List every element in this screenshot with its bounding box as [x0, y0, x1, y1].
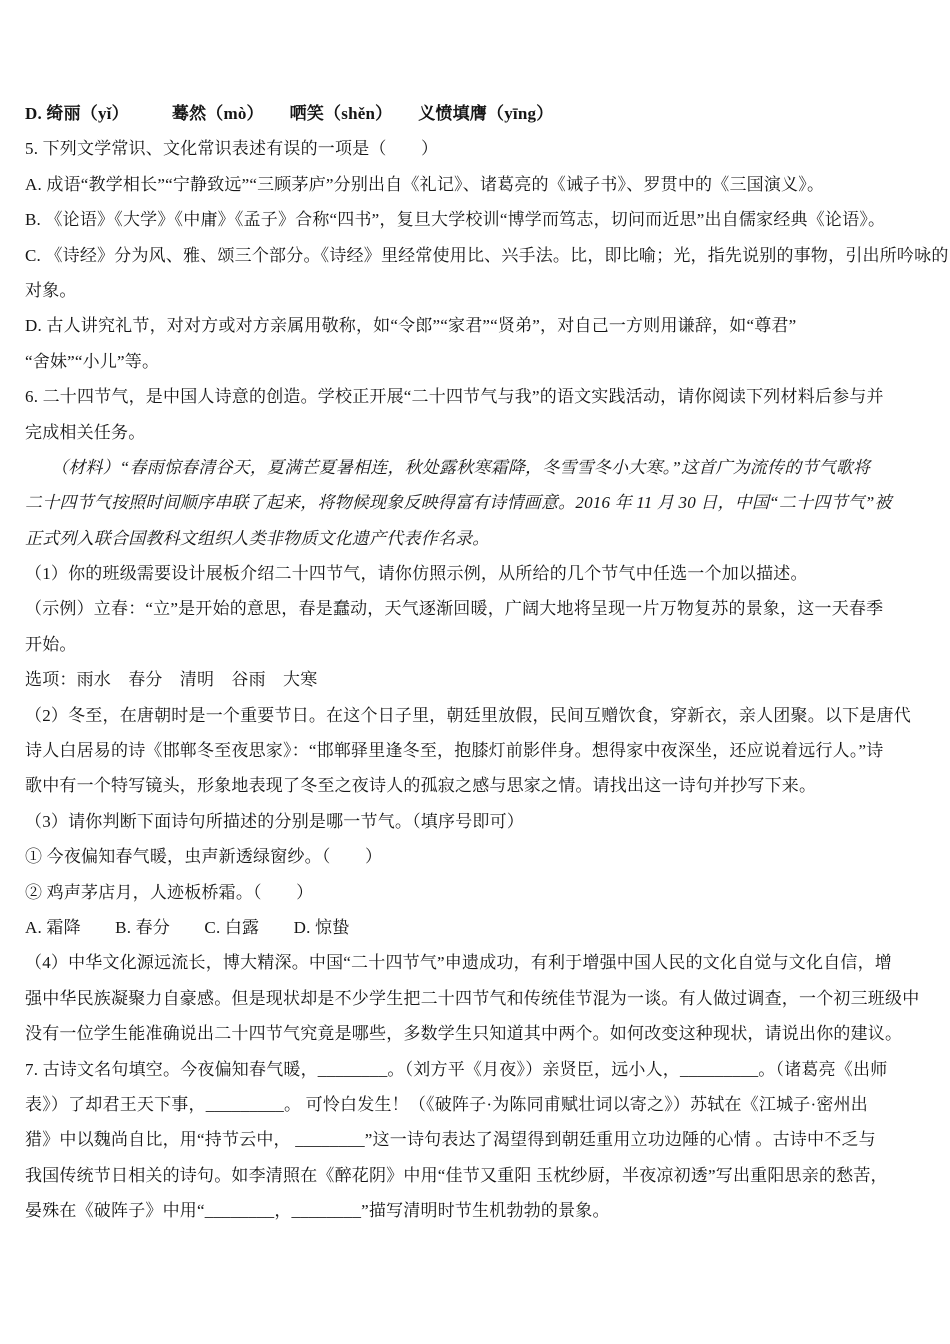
- q6-material-line1: （材料）“春雨惊春清谷天，夏满芒夏暑相连，秋处露秋寒霜降，冬雪雪冬小大寒。”这首…: [25, 450, 936, 485]
- q6-subtask4-line3: 没有一位学生能准确说出二十四节气究竟是哪些，多数学生只知道其中两个。如何改变这种…: [25, 1016, 936, 1051]
- q5-option-d-line2: “舍妹”“小儿”等。: [25, 344, 936, 379]
- q6-subtask1-example-line1: （示例）立春：“立”是开始的意思，春是蠢动，天气逐渐回暖，广阔大地将呈现一片万物…: [25, 591, 936, 626]
- q7-stem-line4: 我国传统节日相关的诗句。如李清照在《醉花阴》中用“佳节又重阳 玉枕纱厨，半夜凉初…: [25, 1158, 936, 1193]
- q6-material-line2: 二十四节气按照时间顺序串联了起来，将物候现象反映得富有诗情画意。2016 年 1…: [25, 485, 936, 520]
- q7-stem-line2: 表》）了却君王天下事，_________。 可怜白发生！（《破阵子·为陈同甫赋壮…: [25, 1087, 936, 1122]
- q6-subtask2-line1: （2）冬至，在唐朝时是一个重要节日。在这个日子里，朝廷里放假，民间互赠饮食，穿新…: [25, 698, 936, 733]
- q7-stem-line1: 7. 古诗文名句填空。今夜偏知春气暖，________。（刘方平《月夜》）亲贤臣…: [25, 1052, 936, 1087]
- q6-subtask4-line1: （4）中华文化源远流长，博大精深。中国“二十四节气”申遗成功，有利于增强中国人民…: [25, 945, 936, 980]
- exam-paper-page: D. 绮丽（yǐ） 蓦然（mò） 哂笑（shěn） 义愤填膺（yīng） 5. …: [0, 0, 950, 1344]
- q6-subtask1-example-line2: 开始。: [25, 627, 936, 662]
- q6-intro-line1: 6. 二十四节气，是中国人诗意的创造。学校正开展“二十四节气与我”的语文实践活动…: [25, 379, 936, 414]
- q6-subtask3-choices: A. 霜降 B. 春分 C. 白露 D. 惊蛰: [25, 910, 936, 945]
- q6-material-line3: 正式列入联合国教科文组织人类非物质文化遗产代表作名录。: [25, 521, 936, 556]
- q7-stem-line5: 晏殊在《破阵子》中用“________，________”描写清明时节生机勃勃的…: [25, 1193, 936, 1228]
- q5-option-c-line1: C. 《诗经》分为风、雅、颂三个部分。《诗经》里经常使用比、兴手法。比，即比喻；…: [25, 238, 936, 273]
- q6-subtask2-line3: 歌中有一个特写镜头，形象地表现了冬至之夜诗人的孤寂之感与思家之情。请找出这一诗句…: [25, 768, 936, 803]
- q5-option-c-line2: 对象。: [25, 273, 936, 308]
- q5-stem: 5. 下列文学常识、文化常识表述有误的一项是（ ）: [25, 131, 936, 166]
- q6-subtask3-item2: ② 鸡声茅店月，人迹板桥霜。（ ）: [25, 875, 936, 910]
- q4-option-d-line: D. 绮丽（yǐ） 蓦然（mò） 哂笑（shěn） 义愤填膺（yīng）: [25, 96, 936, 131]
- q5-option-d-line1: D. 古人讲究礼节，对对方或对方亲属用敬称，如“令郎”“家君”“贤弟”，对自己一…: [25, 308, 936, 343]
- q6-intro-line2: 完成相关任务。: [25, 415, 936, 450]
- q6-subtask1-options: 选项：雨水 春分 清明 谷雨 大寒: [25, 662, 936, 697]
- q6-subtask4-line2: 强中华民族凝聚力自豪感。但是现状却是不少学生把二十四节气和传统佳节混为一谈。有人…: [25, 981, 936, 1016]
- q7-stem-line3: 猎》中以魏尚自比，用“持节云中， ________”这一诗句表达了渴望得到朝廷重…: [25, 1122, 936, 1157]
- q6-subtask2-line2: 诗人白居易的诗《邯郸冬至夜思家》：“邯郸驿里逢冬至，抱膝灯前影伴身。想得家中夜深…: [25, 733, 936, 768]
- q5-option-b: B. 《论语》《大学》《中庸》《孟子》合称“四书”，复旦大学校训“博学而笃志，切…: [25, 202, 936, 237]
- q6-subtask3-item1: ① 今夜偏知春气暖，虫声新透绿窗纱。（ ）: [25, 839, 936, 874]
- q6-subtask3: （3）请你判断下面诗句所描述的分别是哪一节气。（填序号即可）: [25, 804, 936, 839]
- q5-option-a: A. 成语“教学相长”“宁静致远”“三顾茅庐”分别出自《礼记》、诸葛亮的《诫子书…: [25, 167, 936, 202]
- q6-subtask1: （1）你的班级需要设计展板介绍二十四节气，请你仿照示例，从所给的几个节气中任选一…: [25, 556, 936, 591]
